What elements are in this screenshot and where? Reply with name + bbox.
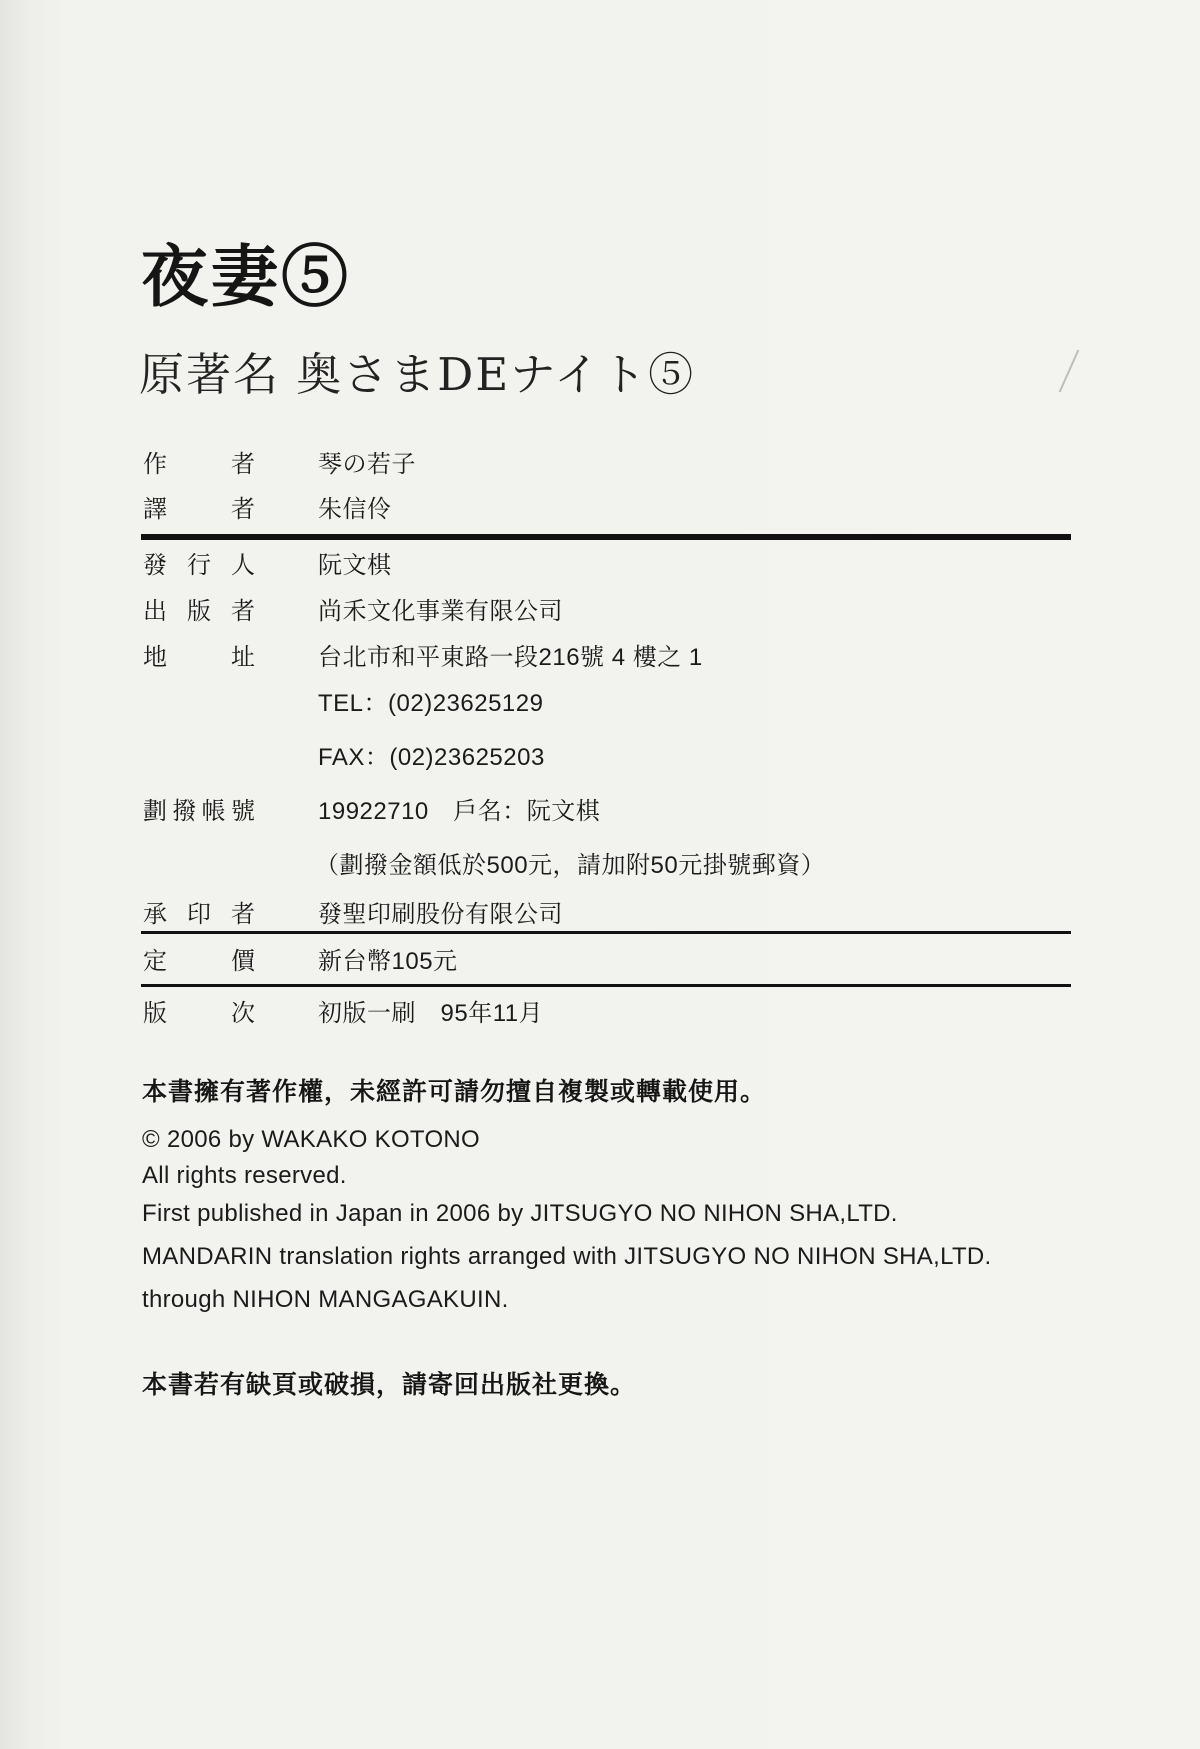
- divider-thick: [141, 534, 1071, 540]
- row-value: TEL：(02)23625129: [318, 689, 543, 719]
- row-label: 承印者: [143, 900, 255, 930]
- row-label: 定價: [143, 947, 255, 977]
- scan-scratch-mark: [1059, 350, 1080, 393]
- row-label: 出版者: [143, 597, 255, 627]
- row-value: （劃撥金額低於500元，請加附50元掛號郵資）: [315, 851, 825, 881]
- colophon-row-publisher-person: 發行人 阮文棋: [143, 551, 1083, 581]
- row-value: 尚禾文化事業有限公司: [318, 597, 563, 627]
- colophon-row-publisher-company: 出版者 尚禾文化事業有限公司: [143, 597, 1083, 627]
- original-title: 原著名 奥さまDEナイト⑤: [139, 338, 695, 403]
- divider-thin: [141, 931, 1071, 934]
- row-value: 琴の若子: [318, 450, 416, 480]
- colophon-row-fax: FAX：(02)23625203: [143, 743, 1083, 773]
- divider-thin: [141, 984, 1071, 987]
- colophon-row-price: 定價 新台幣105元: [143, 947, 1083, 977]
- copyright-line: © 2006 by WAKAKO KOTONO: [142, 1126, 480, 1154]
- colophon-row-printer: 承印者 發聖印刷股份有限公司: [143, 900, 1083, 930]
- colophon-row-author: 作者 琴の若子: [143, 450, 1083, 480]
- row-value: 台北市和平東路一段216號 4 樓之 1: [318, 643, 703, 673]
- row-value: 阮文棋: [318, 551, 392, 581]
- copyright-notice-zh: 本書擁有著作權，未經許可請勿擅自複製或轉載使用。: [142, 1072, 766, 1108]
- rights-reserved-line: All rights reserved.: [142, 1162, 347, 1190]
- row-value: 朱信伶: [318, 495, 392, 525]
- row-label: 劃撥帳號: [143, 797, 255, 827]
- colophon-row-postal-account: 劃撥帳號 19922710 戶名：阮文棋: [143, 797, 1083, 827]
- page-title: 夜妻⑤: [141, 243, 351, 313]
- row-value: FAX：(02)23625203: [318, 743, 545, 773]
- row-label: 譯者: [143, 495, 255, 525]
- first-published-line: First published in Japan in 2006 by JITS…: [142, 1200, 898, 1228]
- row-value: 19922710 戶名：阮文棋: [318, 797, 600, 827]
- mandarin-rights-line: MANDARIN translation rights arranged wit…: [142, 1243, 992, 1271]
- colophon-row-postal-note: （劃撥金額低於500元，請加附50元掛號郵資）: [143, 851, 1083, 881]
- row-value: 初版一刷 95年11月: [318, 999, 543, 1029]
- row-label: 發行人: [143, 551, 255, 581]
- row-label: 作者: [143, 450, 255, 480]
- colophon-row-translator: 譯者 朱信伶: [143, 495, 1083, 525]
- through-agency-line: through NIHON MANGAGAKUIN.: [142, 1286, 509, 1314]
- colophon-row-edition: 版次 初版一刷 95年11月: [143, 999, 1083, 1029]
- row-value: 新台幣105元: [318, 947, 458, 977]
- row-label: 版次: [143, 999, 255, 1029]
- colophon-row-address: 地址 台北市和平東路一段216號 4 樓之 1: [143, 643, 1083, 673]
- colophon-row-tel: TEL：(02)23625129: [143, 689, 1083, 719]
- return-notice: 本書若有缺頁或破損，請寄回出版社更換。: [142, 1365, 636, 1401]
- row-label: 地址: [143, 643, 255, 673]
- row-value: 發聖印刷股份有限公司: [318, 900, 563, 930]
- colophon-page: 夜妻⑤ 原著名 奥さまDEナイト⑤ 作者 琴の若子 譯者 朱信伶 發行人 阮文棋…: [0, 0, 1200, 1749]
